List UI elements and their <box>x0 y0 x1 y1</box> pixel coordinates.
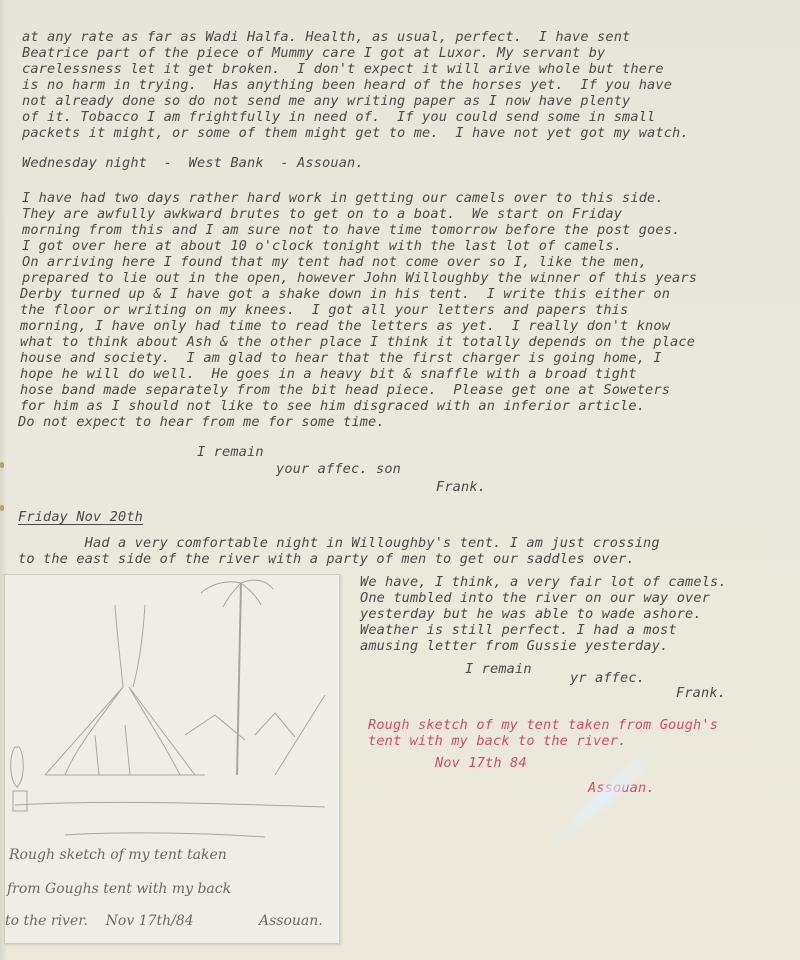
text-line: packets it might, or some of them might … <box>22 125 689 141</box>
letter-page: at any rate as far as Wadi Halfa. Health… <box>0 0 800 960</box>
text-line: morning, I have only had time to read th… <box>20 318 670 334</box>
text-line: yesterday but he was able to wade ashore… <box>360 606 702 622</box>
text-line: I got over here at about 10 o'clock toni… <box>22 238 622 254</box>
handwritten-caption-line: to the river. Nov 17th/84 <box>5 913 194 929</box>
text-line: hope he will do well. He goes in a heavy… <box>20 366 637 382</box>
text-line: We have, I think, a very fair lot of cam… <box>360 574 727 590</box>
signature: Frank. <box>676 685 726 701</box>
text-line: One tumbled into the river on our way ov… <box>360 590 710 606</box>
friday-heading: Friday Nov 20th <box>18 509 143 525</box>
margin-mark <box>0 462 4 468</box>
text-line: what to think about Ash & the other plac… <box>20 334 695 350</box>
text-line: at any rate as far as Wadi Halfa. Health… <box>22 29 630 45</box>
closing-remain: I remain <box>197 444 264 460</box>
text-line: not already done so do not send me any w… <box>22 93 630 109</box>
text-line: Derby turned up & I have got a shake dow… <box>20 286 670 302</box>
text-line: carelessness let it get broken. I don't … <box>22 61 664 77</box>
closing-affec: yr affec. <box>570 670 645 686</box>
text-line: I have had two days rather hard work in … <box>22 190 664 206</box>
handwritten-caption-line: Rough sketch of my tent taken <box>9 847 227 863</box>
closing-affec: your affec. son <box>276 461 401 477</box>
caption-date: Nov 17th 84 <box>435 755 527 771</box>
signature: Frank. <box>436 479 486 495</box>
handwritten-caption-line: from Goughs tent with my back <box>7 881 231 897</box>
text-line: Had a very comfortable night in Willough… <box>18 535 660 551</box>
margin-mark <box>0 505 4 511</box>
text-line: prepared to lie out in the open, however… <box>22 270 697 286</box>
text-line: is no harm in trying. Has anything been … <box>22 77 672 93</box>
text-line: the floor or writing on my knees. I got … <box>20 302 628 318</box>
text-line: for him as I should not like to see him … <box>20 398 645 414</box>
text-line: Do not expect to hear from me for some t… <box>18 414 385 430</box>
caption-line: tent with my back to the river. <box>368 733 626 749</box>
text-line: On arriving here I found that my tent ha… <box>22 254 647 270</box>
closing-remain: I remain <box>465 661 532 677</box>
text-line: house and society. I am glad to hear tha… <box>20 350 662 366</box>
text-line: They are awfully awkward brutes to get o… <box>22 206 622 222</box>
text-line: morning from this and I am sure not to h… <box>22 222 680 238</box>
section-heading: Wednesday night - West Bank - Assouan. <box>22 155 364 171</box>
text-line: Weather is still perfect. I had a most <box>360 622 677 638</box>
text-line: Beatrice part of the piece of Mummy care… <box>22 45 605 61</box>
text-line: hose band made separately from the bit h… <box>20 382 670 398</box>
text-line: amusing letter from Gussie yesterday. <box>360 638 668 654</box>
handwritten-place: Assouan. <box>259 913 323 929</box>
text-line: to the east side of the river with a par… <box>18 551 635 567</box>
text-line: of it. Tobacco I am frightfully in need … <box>22 109 655 125</box>
caption-line: Rough sketch of my tent taken from Gough… <box>368 717 718 733</box>
tent-sketch: Rough sketch of my tent taken from Gough… <box>4 574 340 944</box>
